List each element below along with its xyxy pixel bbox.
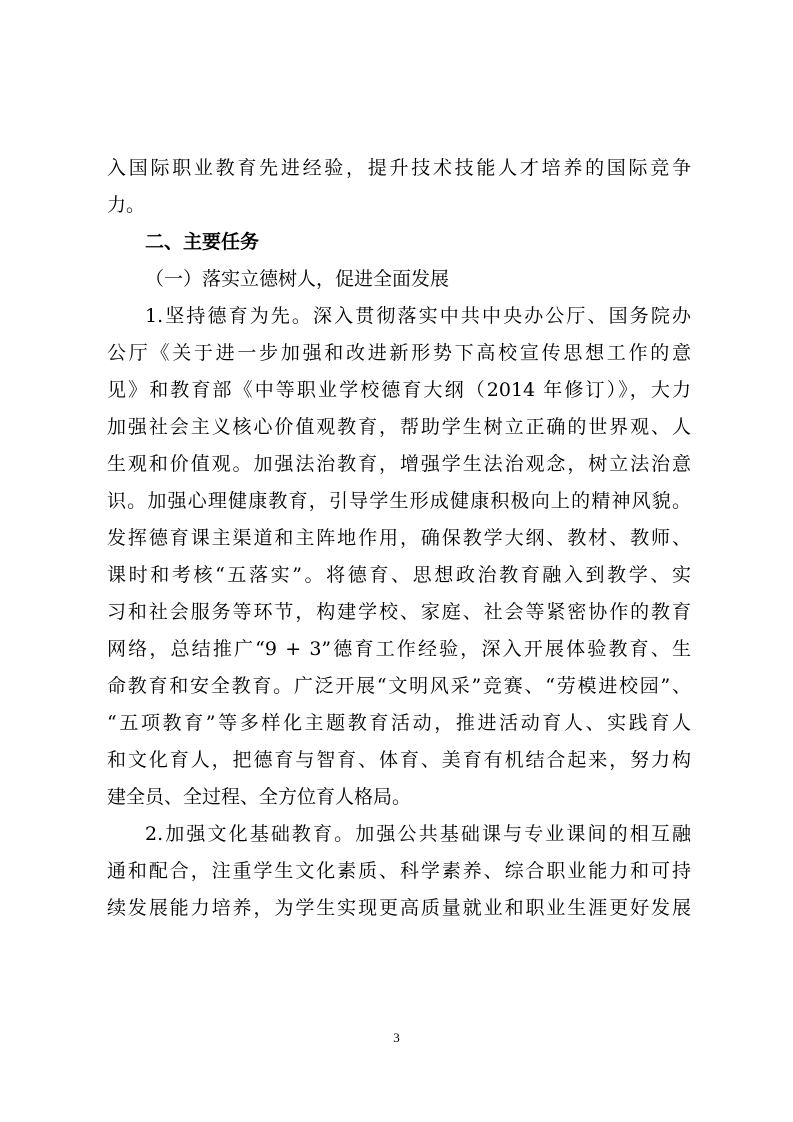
paragraph-1-line: 1.坚持德育为先。深入贯彻落实中共中央办公厅、国务院办 (145, 304, 691, 328)
paragraph-1-line: 课时和考核“五落实”。将德育、思想政治教育融入到教学、实 (107, 563, 691, 587)
paragraph-1-line: 命教育和安全教育。广泛开展“文明风采”竞赛、“劳模进校园”、 (107, 674, 691, 698)
paragraph-1-line: 发挥德育课主渠道和主阵地作用，确保教学大纲、教材、教师、 (107, 526, 691, 550)
paragraph-2-line: 续发展能力培养，为学生实现更高质量就业和职业生涯更好发展 (107, 896, 691, 920)
paragraph-1-line: “五项教育”等多样化主题教育活动，推进活动育人、实践育人 (107, 711, 691, 735)
section-heading: 二、主要任务 (145, 230, 259, 254)
paragraph-1-line: 识。加强心理健康教育，引导学生形成健康积极向上的精神风貌。 (107, 489, 691, 513)
paragraph-1-line: 习和社会服务等环节，构建学校、家庭、社会等紧密协作的教育 (107, 600, 691, 624)
paragraph-2-line: 通和配合，注重学生文化素质、科学素养、综合职业能力和可持 (107, 859, 691, 883)
page-number: 3 (0, 1030, 793, 1046)
paragraph-1-line: 和文化育人，把德育与智育、体育、美育有机结合起来，努力构 (107, 748, 691, 772)
paragraph-2-line: 2.加强文化基础教育。加强公共基础课与专业课间的相互融 (145, 822, 691, 846)
body-text-line: 力。 (107, 193, 691, 217)
document-page: 入国际职业教育先进经验，提升技术技能人才培养的国际竞争 力。 二、主要任务 （一… (0, 0, 793, 1122)
subsection-heading: （一）落实立德树人，促进全面发展 (145, 267, 449, 291)
paragraph-1-line: 见》和教育部《中等职业学校德育大纲（2014 年修订）》，大力 (107, 378, 691, 402)
paragraph-1-line: 建全员、全过程、全方位育人格局。 (107, 785, 691, 809)
body-text-line: 入国际职业教育先进经验，提升技术技能人才培养的国际竞争 (107, 156, 691, 180)
paragraph-1-line: 网络，总结推广“9 + 3”德育工作经验，深入开展体验教育、生 (107, 637, 691, 661)
paragraph-1-line: 加强社会主义核心价值观教育，帮助学生树立正确的世界观、人 (107, 415, 691, 439)
paragraph-1-line: 公厅《关于进一步加强和改进新形势下高校宣传思想工作的意 (107, 341, 691, 365)
paragraph-1-line: 生观和价值观。加强法治教育，增强学生法治观念，树立法治意 (107, 452, 691, 476)
